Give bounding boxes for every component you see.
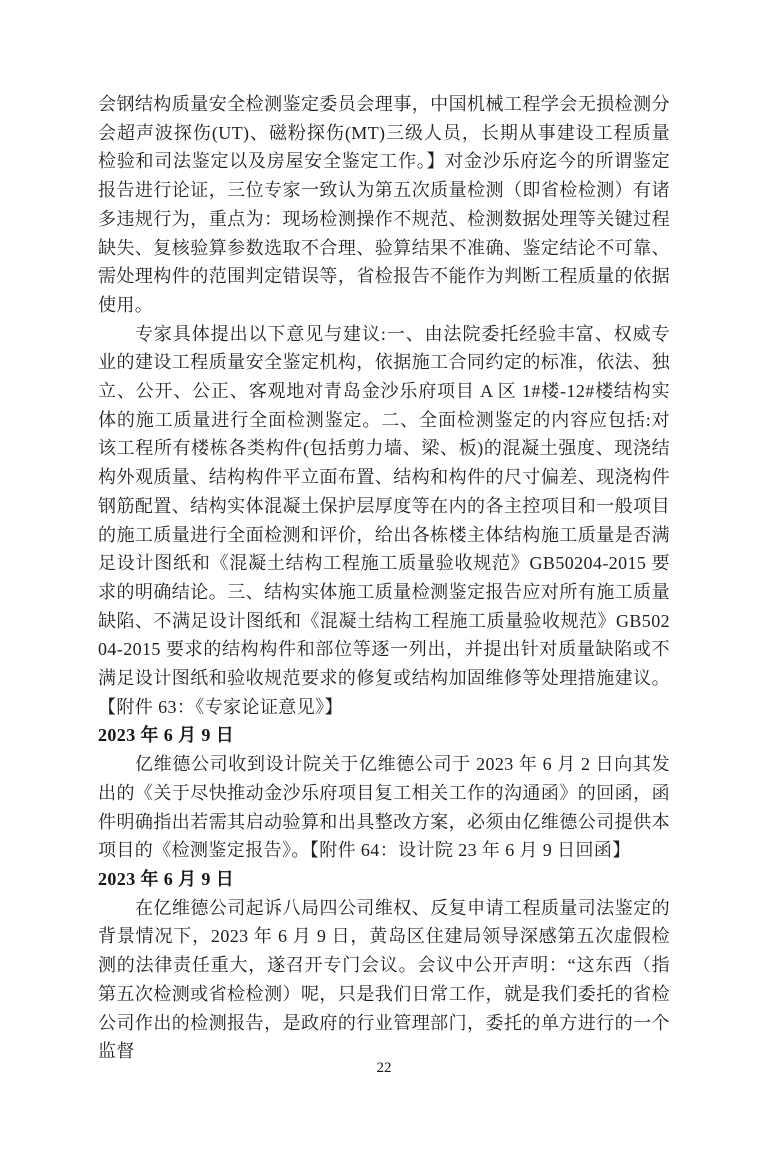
- page-number: 22: [377, 1060, 392, 1076]
- body-paragraph: 亿维德公司收到设计院关于亿维德公司于 2023 年 6 月 2 日向其发出的《关…: [98, 750, 670, 865]
- body-paragraph: 在亿维德公司起诉八局四公司维权、反复申请工程质量司法鉴定的背景情况下，2023 …: [98, 894, 670, 1066]
- document-content: 会钢结构质量安全检测鉴定委员会理事，中国机械工程学会无损检测分会超声波探伤(UT…: [98, 90, 670, 1066]
- page-footer: 22: [0, 1059, 768, 1077]
- body-paragraph: 会钢结构质量安全检测鉴定委员会理事，中国机械工程学会无损检测分会超声波探伤(UT…: [98, 90, 670, 320]
- date-heading: 2023 年 6 月 9 日: [98, 865, 670, 894]
- date-heading: 2023 年 6 月 9 日: [98, 721, 670, 750]
- document-page: 会钢结构质量安全检测鉴定委员会理事，中国机械工程学会无损检测分会超声波探伤(UT…: [0, 0, 768, 1150]
- body-paragraph: 专家具体提出以下意见与建议:一、由法院委托经验丰富、权威专业的建设工程质量安全鉴…: [98, 320, 670, 722]
